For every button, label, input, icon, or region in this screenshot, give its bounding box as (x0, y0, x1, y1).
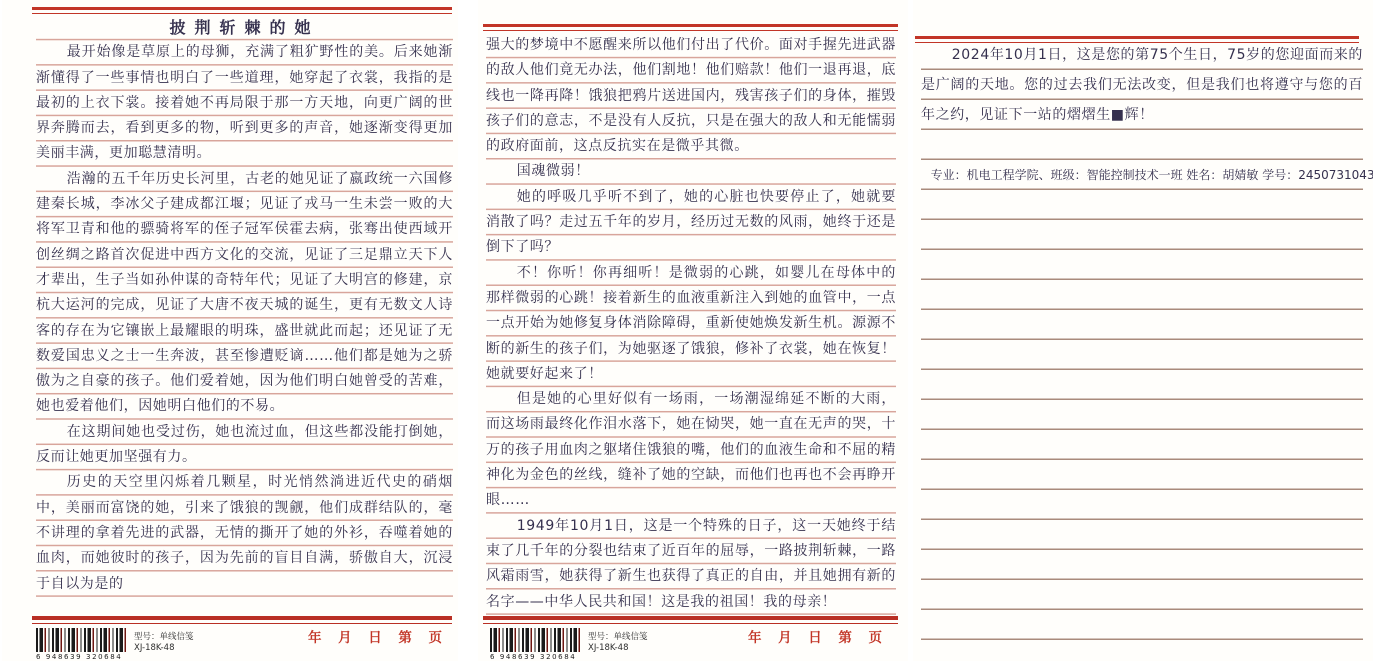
label-year: 年 (308, 626, 322, 646)
label-year: 年 (748, 626, 762, 646)
essay-paragraph: 国魂微弱！ (486, 159, 896, 184)
paper-model-block: 型号：单线信笺 XJ-18K-48 (134, 632, 194, 654)
essay-paragraph: 但是她的心里好似有一场雨，一场潮湿绵延不断的大雨，而这场雨最终化作泪水落下，她在… (486, 387, 896, 513)
essay-paragraph: 强大的梦境中不愿醒来所以他们付出了代价。面对手握先进武器的敌人他们竟无办法，他们… (486, 33, 896, 159)
barcode-block: 6 948639 320684 (36, 628, 136, 661)
essay-paragraph: 在这期间她也受过伤，她也流过血，但这些都没能打倒她，反而让她更加坚强有力。 (36, 420, 453, 471)
page2-bottom-margin-line (483, 616, 898, 624)
essay-paragraph: 1949年10月1日，这是一个特殊的日子，这一天她终于结束了几千年的分裂也结束了… (486, 514, 896, 615)
barcode-block: 6 948639 320684 (490, 628, 590, 661)
page1-top-margin-line (32, 7, 452, 14)
page3-writing-area: 2024年10月1日，这是您的第75个生日，75岁的您迎面而来的是广阔的天地。您… (921, 40, 1363, 661)
essay-page-1: 披荆斩棘的她 最开始像是草原上的母狮，充满了粗犷野性的美。后来她渐渐懂得了一些事… (2, 0, 458, 661)
barcode-number: 6 948639 320684 (36, 653, 136, 661)
label-month: 月 (338, 626, 352, 646)
essay-paragraph: 浩瀚的五千年历史长河里，古老的她见证了嬴政统一六国修建秦长城，李冰父子建成都江堰… (36, 167, 453, 420)
paper-model-label: 型号：单线信笺 (588, 632, 648, 643)
page1-footer: 6 948639 320684 型号：单线信笺 XJ-18K-48 年 月 日 … (2, 616, 458, 661)
paper-model-code: XJ-18K-48 (588, 643, 648, 654)
paper-model-code: XJ-18K-48 (134, 643, 194, 654)
page2-top-margin-line (483, 24, 898, 31)
page1-bottom-margin-line (32, 616, 452, 624)
essay-page-3: 2024年10月1日，这是您的第75个生日，75岁的您迎面而来的是广阔的天地。您… (913, 0, 1373, 661)
essay-page-2: 强大的梦境中不愿醒来所以他们付出了代价。面对手握先进武器的敌人他们竟无办法，他们… (478, 0, 908, 661)
essay-paragraph: 她的呼吸几乎听不到了，她的心脏也快要停止了，她就要消散了吗？走过五千年的岁月，经… (486, 185, 896, 261)
page2-footer: 6 948639 320684 型号：单线信笺 XJ-18K-48 年 月 日 … (478, 616, 908, 661)
label-page: 页 (429, 626, 443, 646)
label-day: 日 (808, 626, 822, 646)
student-signature-line: 专业：机电工程学院、班级：智能控制技术一班 姓名：胡婧敏 学号：24507310… (921, 160, 1363, 190)
essay-paragraph: 历史的天空里闪烁着几颗星，时光悄然淌进近代史的硝烟中，美丽而富饶的她，引来了饿狼… (36, 470, 453, 596)
page2-writing-area: 强大的梦境中不愿醒来所以他们付出了代价。面对手握先进武器的敌人他们竟无办法，他们… (486, 33, 896, 615)
label-month: 月 (778, 626, 792, 646)
paper-model-label: 型号：单线信笺 (134, 632, 194, 643)
label-di: 第 (398, 626, 412, 646)
page1-writing-area: 披荆斩棘的她 最开始像是草原上的母狮，充满了粗犷野性的美。后来她渐渐懂得了一些事… (36, 15, 453, 597)
label-day: 日 (368, 626, 382, 646)
label-page: 页 (869, 626, 883, 646)
essay-paragraph: 最开始像是草原上的母狮，充满了粗犷野性的美。后来她渐渐懂得了一些事情也明白了一些… (36, 40, 453, 166)
paper-model-block: 型号：单线信笺 XJ-18K-48 (588, 632, 648, 654)
label-di: 第 (838, 626, 852, 646)
essay-paragraph: 2024年10月1日，这是您的第75个生日，75岁的您迎面而来的是广阔的天地。您… (921, 40, 1363, 130)
date-page-labels: 年 月 日 第 页 (748, 626, 882, 646)
essay-paragraph: 不！你听！你再细听！是微弱的心跳，如婴儿在母体中的那样微弱的心跳！接着新生的血液… (486, 261, 896, 387)
barcode-number: 6 948639 320684 (490, 653, 590, 661)
barcode-icon (36, 628, 128, 652)
barcode-icon (490, 628, 582, 652)
essay-title: 披荆斩棘的她 (36, 15, 453, 40)
date-page-labels: 年 月 日 第 页 (308, 626, 442, 646)
